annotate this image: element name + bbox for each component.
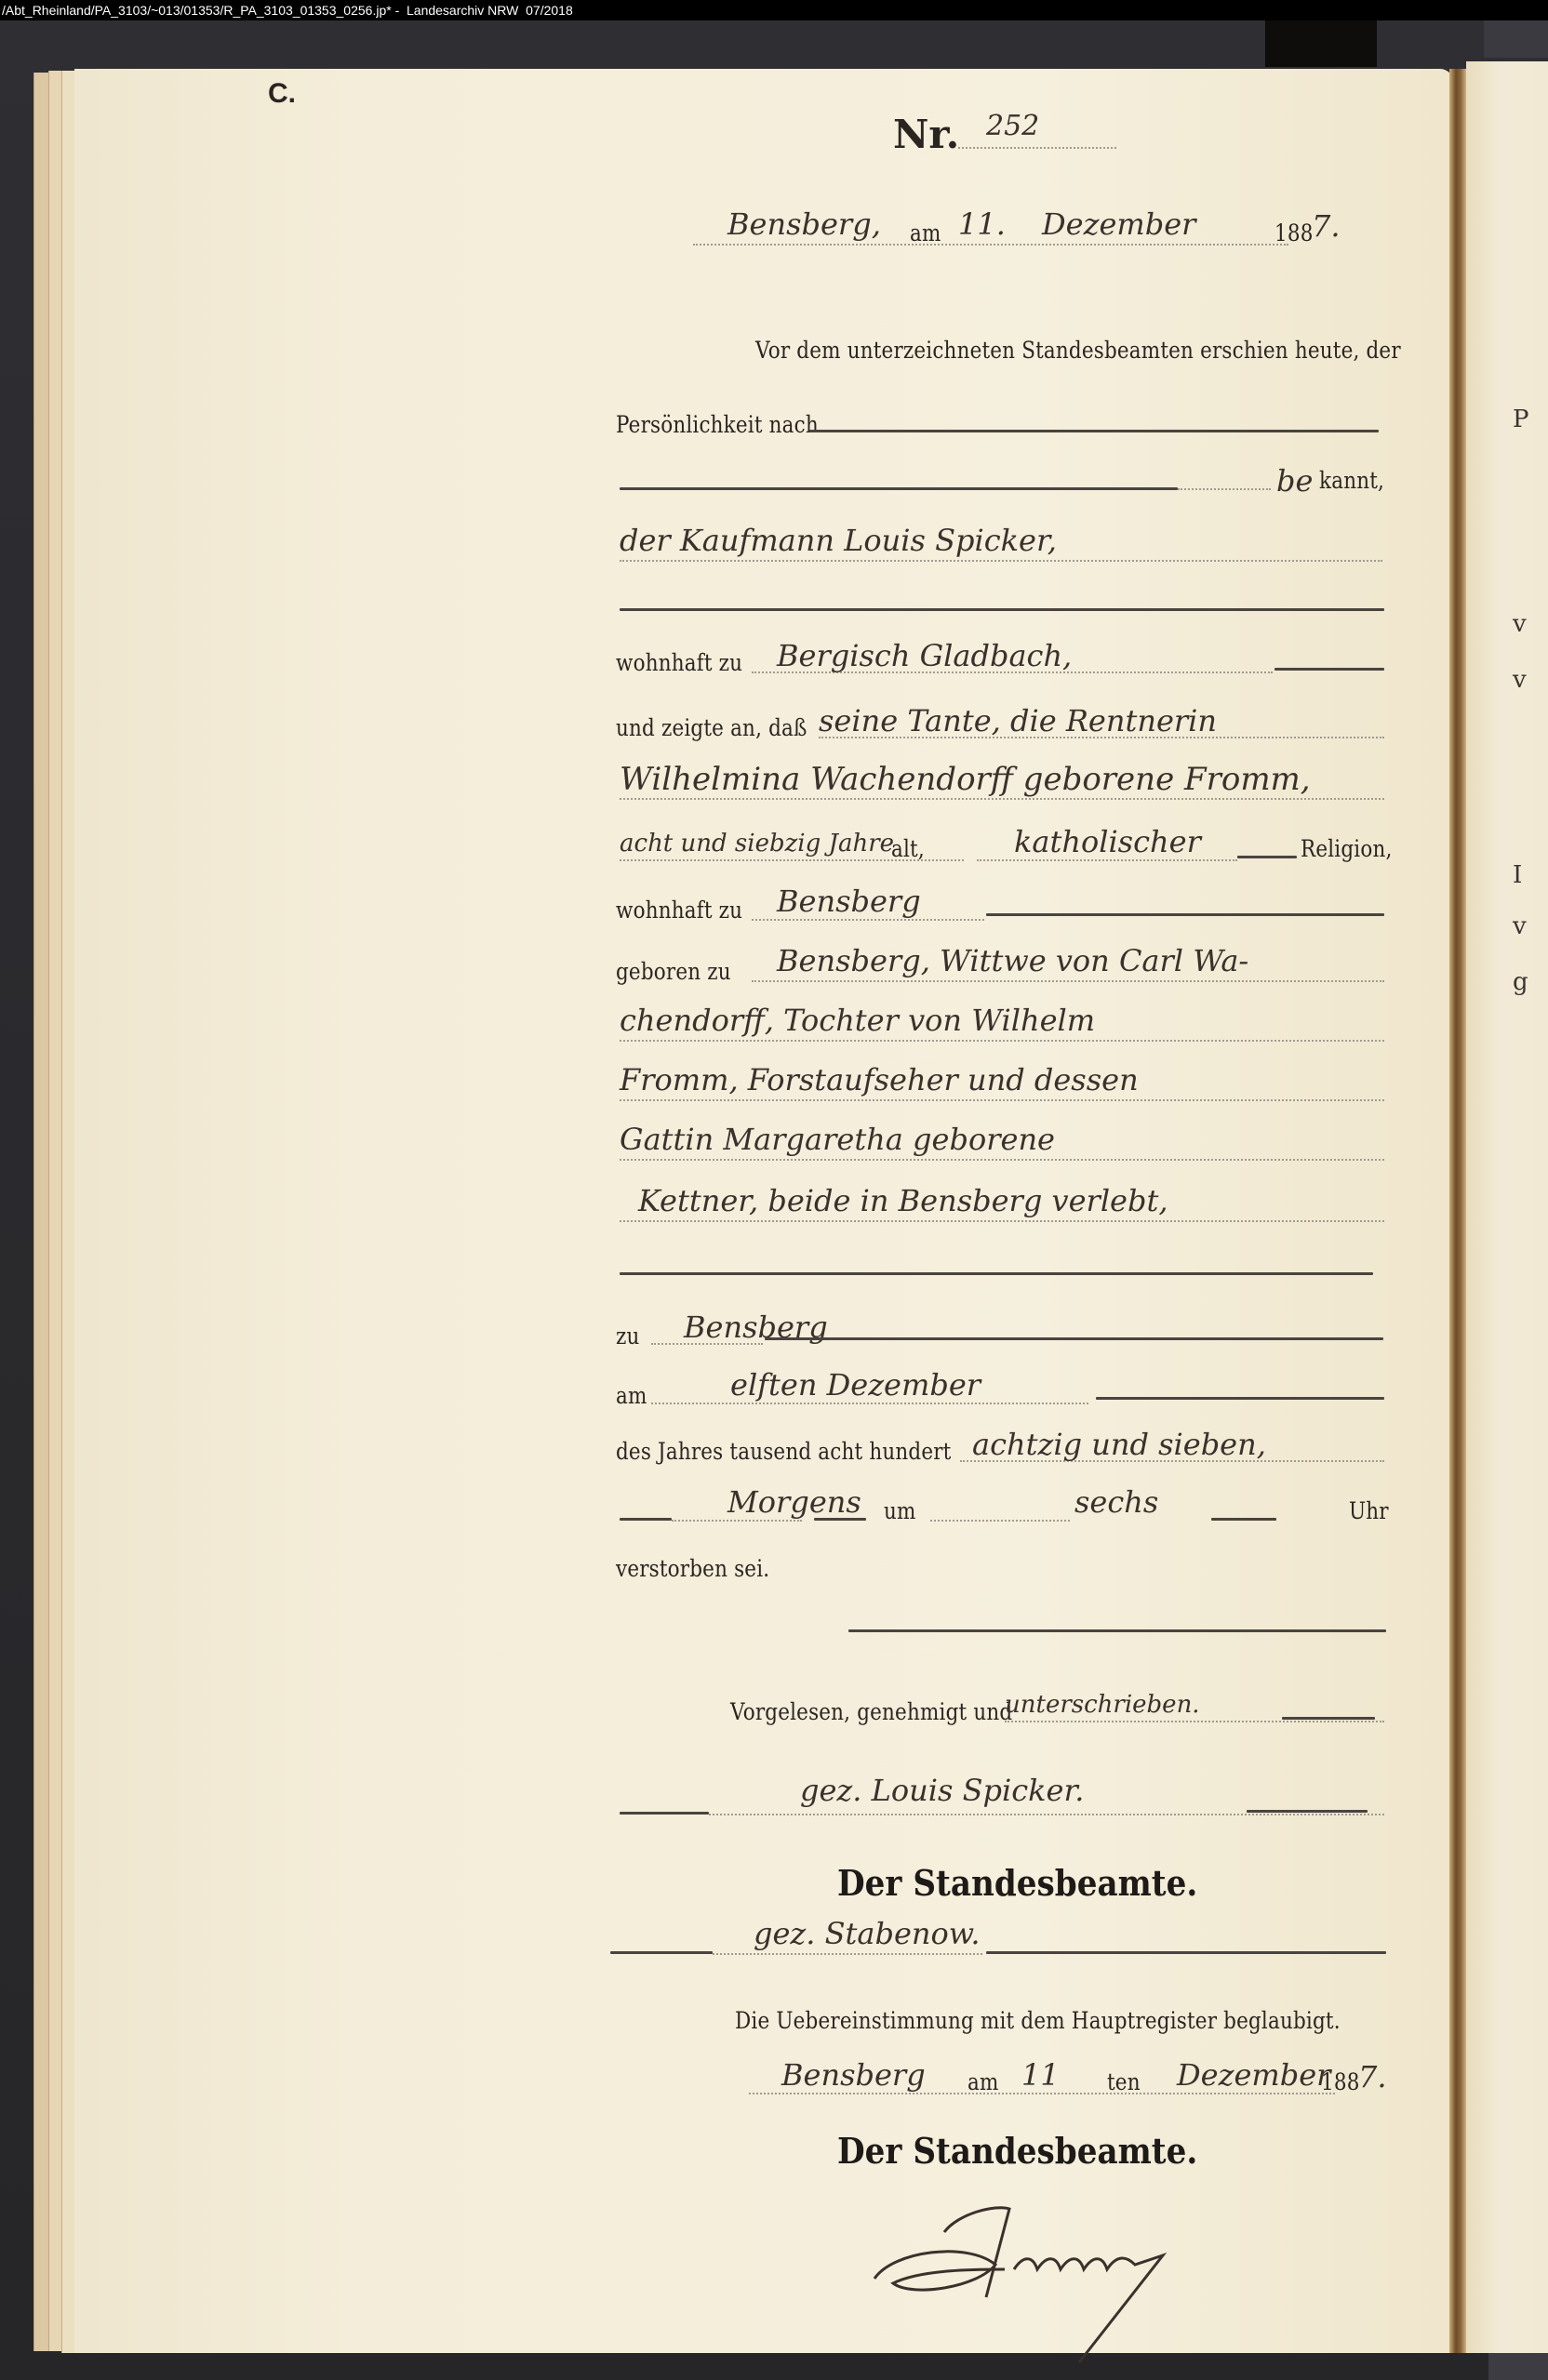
religion-label: Religion, [1301,835,1392,862]
book-cover-corner-bottom [1488,2353,1548,2380]
header-year-prefix: 188 [1274,219,1314,246]
dotted-line [958,147,1116,149]
header-am-label: am [910,219,941,246]
record-number-label: Nr. [893,112,959,157]
declarant-name: der Kaufmann Louis Spicker, [620,523,1057,558]
facing-page-fragment: v [1513,610,1527,638]
announced-label: und zeigte an, daß [616,714,807,741]
signature-scribble-icon [856,2176,1247,2362]
dotted-line [620,798,1384,800]
window-title-bar: /Abt_Rheinland/PA_3103/~013/01353/R_PA_3… [0,0,1548,20]
known-suffix: kannt, [1319,467,1384,494]
filled-rule [1237,856,1297,858]
header-place: Bensberg, [727,206,881,242]
dotted-line [749,2093,1335,2094]
dotted-line [930,1520,1070,1522]
filled-rule [765,1337,1383,1340]
filled-rule [848,1629,1386,1632]
filled-rule [986,913,1384,916]
year-label: des Jahres tausend acht hundert [616,1438,951,1465]
filled-rule [1211,1518,1276,1521]
official-signature: gez. Stabenow. [754,1916,981,1951]
dotted-line [620,1040,1384,1042]
filled-rule [620,1518,672,1521]
dotted-line [752,919,984,921]
age-value: acht und siebzig Jahre [620,830,894,858]
filled-rule [620,487,1178,490]
born-line: Gattin Margaretha geborene [620,1122,1055,1157]
personality-label: Persönlichkeit nach [616,411,819,438]
facing-page-fragment: g [1513,968,1528,996]
facing-page-fragment: I [1513,861,1522,889]
cert-month: Dezember [1177,2057,1330,2093]
died-label: verstorben sei. [616,1555,769,1582]
declarant-residence: Bergisch Gladbach, [777,638,1072,673]
deceased-name: Wilhelmina Wachendorff geborene Fromm, [620,761,1311,798]
dotted-line [620,1099,1384,1101]
age-label: alt, [891,835,925,862]
filled-rule [620,1272,1373,1275]
dotted-line [977,859,1237,861]
book-cover-corner [1484,20,1548,58]
filled-rule [610,1951,713,1954]
time-of-day: Morgens [727,1484,861,1520]
facing-page: P v v I v g [1466,61,1548,2353]
facing-page-fragment: P [1513,406,1529,433]
death-place-label: zu [616,1323,640,1350]
dotted-line [713,1953,982,1955]
cert-ten-label: ten [1107,2068,1141,2095]
filled-rule [809,430,1379,432]
deceased-residence-label: wohnhaft zu [616,897,742,924]
religion-value: katholischer [1014,824,1201,859]
header-year-suffix: 7. [1312,208,1341,244]
dotted-line [1005,1721,1384,1722]
death-day-label: am [616,1382,647,1409]
filled-rule [1282,1717,1375,1720]
cert-signature: Stabenow [856,2176,1247,2362]
dotted-line [752,980,1384,982]
certification-text: Die Uebereinstimmung mit dem Hauptregist… [735,2007,1341,2034]
announced-value: seine Tante, die Rentnerin [819,703,1217,738]
dotted-line [651,1403,1088,1404]
filled-rule [986,1951,1386,1954]
corner-mark: C. [268,78,296,110]
header-day: 11. [958,206,1006,242]
dotted-line [620,1159,1384,1161]
deceased-residence: Bensberg [777,884,921,919]
uhr-label: Uhr [1349,1497,1389,1524]
read-label: Vorgelesen, genehmigt und [730,1698,1012,1725]
filled-rule [1096,1397,1384,1400]
born-line: Fromm, Forstaufseher und dessen [620,1062,1139,1097]
record-number-value: 252 [986,110,1039,142]
facing-page-fragment: v [1513,666,1527,694]
dotted-line [1178,488,1271,490]
um-label: um [884,1497,916,1524]
death-day: elften Dezember [730,1367,981,1403]
dotted-line [620,560,1382,562]
book-gutter [1449,69,1468,2353]
residence-label: wohnhaft zu [616,649,742,676]
declarant-signature: gez. Louis Spicker. [800,1773,1084,1808]
filled-rule [620,1812,709,1815]
hour-value: sechs [1074,1484,1158,1520]
facing-page-fragment: v [1513,912,1527,940]
cert-place: Bensberg [781,2057,926,2093]
book-cover-edge [1265,20,1377,67]
official-heading: Der Standesbeamte. [837,1862,1197,1904]
dotted-line [693,244,1288,246]
window-title: /Abt_Rheinland/PA_3103/~013/01353/R_PA_3… [2,3,573,18]
born-line: chendorff, Tochter von Wilhelm [620,1003,1095,1038]
cert-day: 11 [1021,2057,1060,2093]
born-line: Kettner, beide in Bensberg verlebt, [638,1183,1168,1218]
filled-rule [1274,668,1384,671]
cert-heading: Der Standesbeamte. [837,2130,1197,2172]
year-value: achtzig und sieben, [972,1427,1266,1462]
intro-text: Vor dem unterzeichneten Standesbeamten e… [755,337,1401,364]
cert-year-suffix: 7. [1358,2059,1387,2094]
dotted-line [620,1220,1384,1222]
cert-am-label: am [967,2068,999,2095]
known-prefix: be [1276,463,1313,499]
read-value: unterschrieben. [1005,1691,1200,1719]
cert-year-prefix: 188 [1321,2068,1360,2095]
header-month: Dezember [1042,206,1195,242]
dotted-line [672,1520,802,1522]
filled-rule [620,608,1384,611]
filled-rule [1247,1810,1368,1813]
filled-rule [814,1518,866,1521]
born-label: geboren zu [616,958,731,985]
dotted-line [709,1814,1384,1815]
born-line: Bensberg, Wittwe von Carl Wa- [777,943,1248,978]
